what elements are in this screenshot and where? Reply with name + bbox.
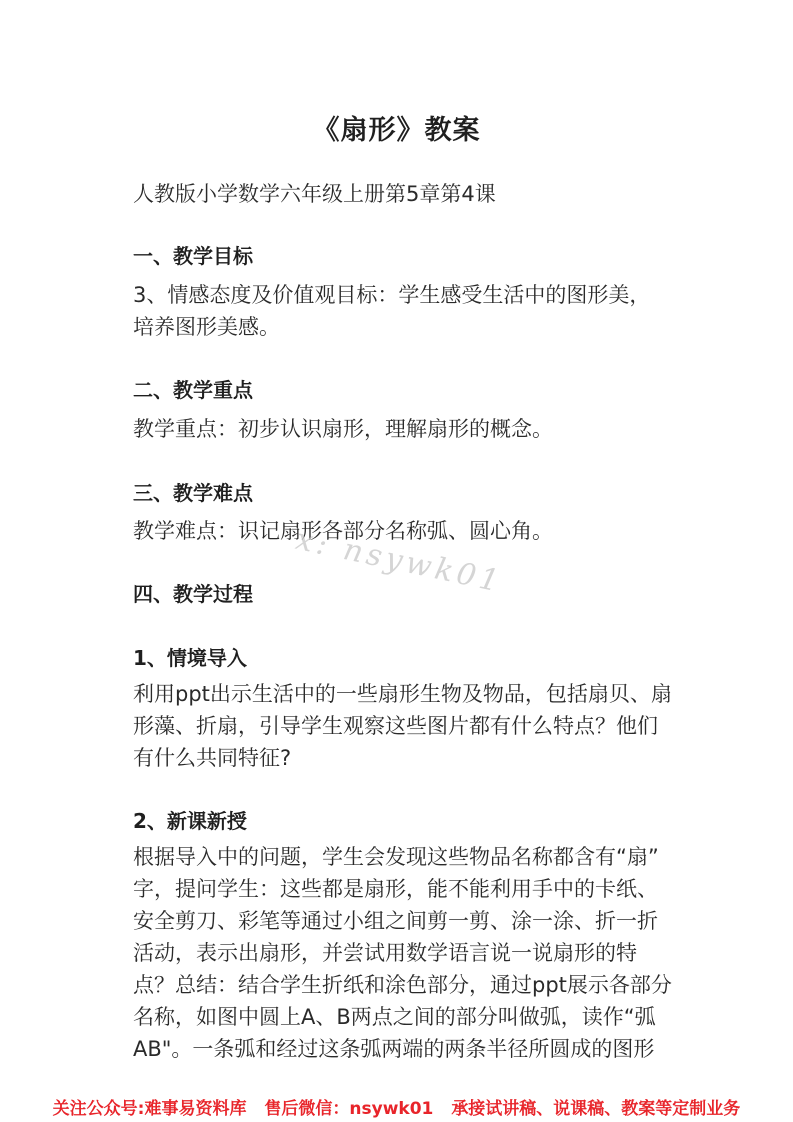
document-subtitle: 人教版小学数学六年级上册第5章第4课 xyxy=(133,178,496,208)
paragraph-line: 3、情感态度及价值观目标：学生感受生活中的图形美， xyxy=(133,279,723,311)
paragraph-line: 点？总结：结合学生折纸和涂色部分，通过ppt展示各部分 xyxy=(133,969,723,1001)
footer-custom-service: 承接试讲稿、说课稿、教案等定制业务 xyxy=(451,1099,740,1119)
section-paragraph-difficulties: 教学难点：识记扇形各部分名称弧、圆心角。 xyxy=(133,515,723,547)
subsection-heading-new-lesson: 2、新课新授 xyxy=(133,805,247,834)
section-heading-difficulties: 三、教学难点 xyxy=(133,477,253,506)
footer-promo-banner: 关注公众号:难事易资料库 售后微信：nsywk01 承接试讲稿、说课稿、教案等定… xyxy=(0,1094,793,1122)
paragraph-line: 培养图形美感。 xyxy=(133,311,723,343)
subsection-heading-situational-intro: 1、情境导入 xyxy=(133,642,247,671)
paragraph-line: 有什么共同特征? xyxy=(133,742,723,774)
paragraph-line: 形藻、折扇，引导学生观察这些图片都有什么特点？他们 xyxy=(133,710,723,742)
subsection-paragraph-new-lesson: 根据导入中的问题，学生会发现这些物品名称都含有“扇” 字，提问学生：这些都是扇形… xyxy=(133,841,723,1065)
paragraph-line: 利用ppt出示生活中的一些扇形生物及物品，包括扇贝、扇 xyxy=(133,678,723,710)
paragraph-line: AB"。一条弧和经过这条弧两端的两条半径所圆成的图形 xyxy=(133,1033,723,1065)
document-title: 《扇形》教案 xyxy=(0,108,793,147)
section-heading-key-points: 二、教学重点 xyxy=(133,374,253,403)
subsection-paragraph-situational-intro: 利用ppt出示生活中的一些扇形生物及物品，包括扇贝、扇 形藻、折扇，引导学生观察… xyxy=(133,678,723,774)
section-heading-teaching-goals: 一、教学目标 xyxy=(133,240,253,269)
paragraph-line: 安全剪刀、彩笔等通过小组之间剪一剪、涂一涂、折一折 xyxy=(133,905,723,937)
document-page: 《扇形》教案 人教版小学数学六年级上册第5章第4课 一、教学目标 3、情感态度及… xyxy=(0,0,793,1122)
section-paragraph-key-points: 教学重点：初步认识扇形，理解扇形的概念。 xyxy=(133,413,723,445)
paragraph-line: 字，提问学生：这些都是扇形，能不能利用手中的卡纸、 xyxy=(133,873,723,905)
footer-after-sales-wechat: 售后微信：nsywk01 xyxy=(264,1099,433,1119)
paragraph-line: 活动，表示出扇形，并尝试用数学语言说一说扇形的特 xyxy=(133,937,723,969)
section-paragraph-teaching-goals: 3、情感态度及价值观目标：学生感受生活中的图形美， 培养图形美感。 xyxy=(133,279,723,343)
footer-wechat-account: 关注公众号:难事易资料库 xyxy=(53,1099,247,1119)
paragraph-line: 名称，如图中圆上A、B两点之间的部分叫做弧，读作“弧 xyxy=(133,1001,723,1033)
paragraph-line: 根据导入中的问题，学生会发现这些物品名称都含有“扇” xyxy=(133,841,723,873)
section-heading-teaching-process: 四、教学过程 xyxy=(133,578,253,607)
paragraph-line: 教学难点：识记扇形各部分名称弧、圆心角。 xyxy=(133,515,723,547)
paragraph-line: 教学重点：初步认识扇形，理解扇形的概念。 xyxy=(133,413,723,445)
